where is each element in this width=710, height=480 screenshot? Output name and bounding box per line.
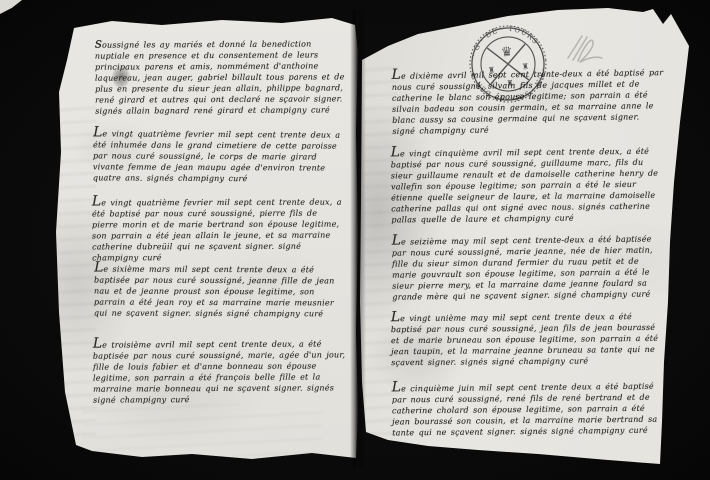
register-entry: Le troisième avril mil sept cent trente … xyxy=(93,337,346,405)
stamp-tower-icon: ♜ xyxy=(488,65,496,75)
register-entry: Le vingt quatrième fevrier mil sept cent… xyxy=(92,196,345,264)
stamp-tower-icon: ♜ xyxy=(506,79,514,89)
register-entry: Le seizième may mil sept cent trente-deu… xyxy=(392,232,665,302)
register-entry: Le vingt unième may mil sept cent trente… xyxy=(391,310,663,368)
scan-corner-artifact xyxy=(0,0,22,14)
register-entry: Le vingt cinquième avril mil sept cent t… xyxy=(391,145,665,226)
register-entry: Le cinquième juin mil sept cent trente d… xyxy=(392,380,665,439)
register-entry: Le vingt quatrième fevrier mil sept cent… xyxy=(93,127,345,184)
register-entry: soussigné les ay mariés et donné la bene… xyxy=(95,37,347,116)
stamp-crown-icon: ♛ xyxy=(500,44,513,60)
manuscript-scan: soussigné les ay mariés et donné la bene… xyxy=(0,0,710,480)
pencil-mark xyxy=(562,28,614,72)
register-entry: Le sixième mars mil sept cent trente deu… xyxy=(94,263,346,320)
tours-fiscal-stamp: · G · DE · TOURS · · UN · SOL · 4 · DEN … xyxy=(460,18,556,111)
stamp-tower-icon: ♜ xyxy=(521,62,529,72)
left-page: soussigné les ay mariés et donné la bene… xyxy=(52,12,362,464)
binding-gutter xyxy=(350,10,366,468)
